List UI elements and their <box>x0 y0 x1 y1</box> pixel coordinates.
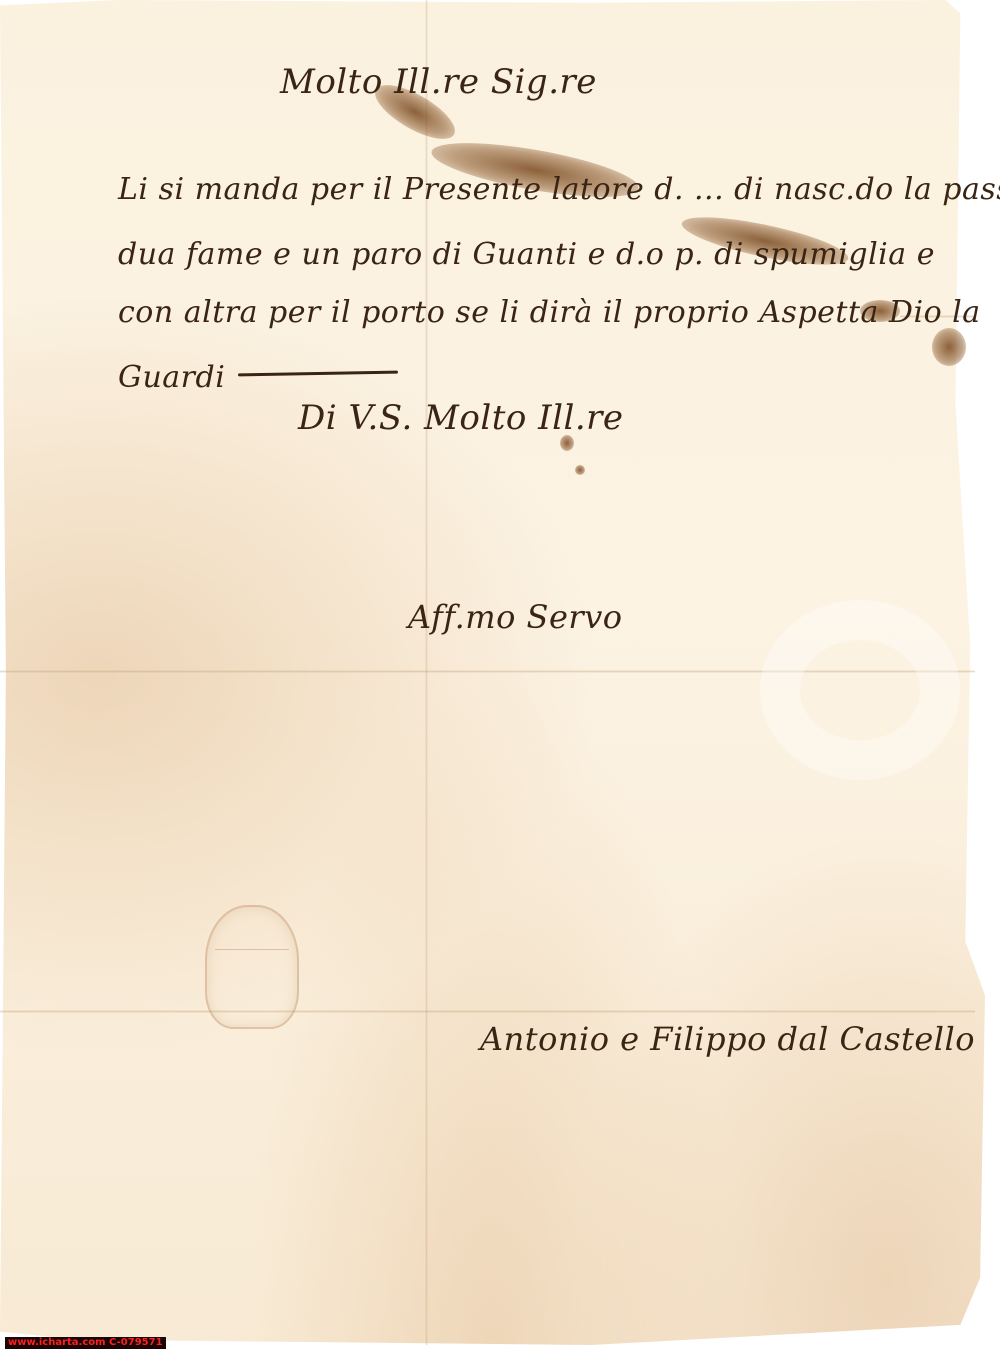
ink-stain <box>575 465 585 475</box>
seal-impression <box>205 905 299 1029</box>
body-line-2: dua fame e un paro di Guanti e d.o p. di… <box>118 237 935 272</box>
closing: Di V.S. Molto Ill.re <box>298 398 624 438</box>
ghost-watermark <box>760 600 960 780</box>
body-line-1: Li si manda per il Presente latore d. ..… <box>118 172 1000 207</box>
fold-line-horizontal-lower <box>0 1010 975 1013</box>
watermark-label: www.icharta.com C-079571 <box>5 1337 166 1349</box>
body-line-4: Guardi <box>118 360 225 395</box>
ink-stain <box>932 328 966 366</box>
servant-line: Aff.mo Servo <box>408 598 623 636</box>
body-line-3: con altra per il porto se li dirà il pro… <box>118 295 981 330</box>
signature: Antonio e Filippo dal Castello <box>480 1020 975 1058</box>
salutation: Molto Ill.re Sig.re <box>280 62 597 102</box>
